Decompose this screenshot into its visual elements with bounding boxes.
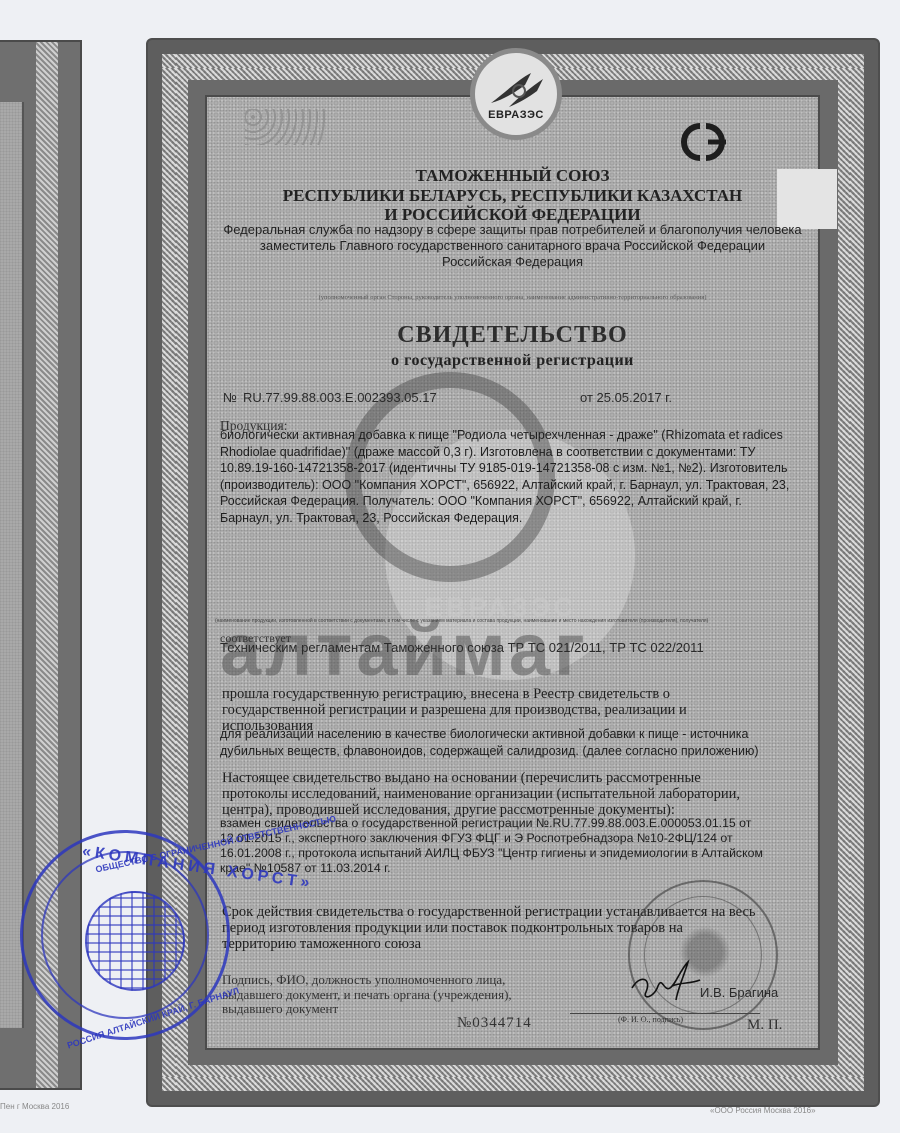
basis-line: протоколы исследований, наименование орг… [222, 786, 810, 802]
header-line-1: ТАМОЖЕННЫЙ СОЮЗ [205, 166, 820, 186]
basis-detail-line: 16.01.2008 г., протокола испытаний АИЛЦ … [220, 846, 810, 861]
seal-label: М. П. [747, 1017, 782, 1034]
signature-label-line: Подпись, ФИО, должность уполномоченного … [222, 973, 512, 988]
product-line: (производитель): ООО "Компания ХОРСТ", 6… [220, 477, 810, 494]
header-line-2: РЕСПУБЛИКИ БЕЛАРУСЬ, РЕСПУБЛИКИ КАЗАХСТА… [205, 186, 820, 206]
compliance-text: Техническим регламентам Таможенного союз… [220, 640, 704, 655]
signature-label: Подпись, ФИО, должность уполномоченного … [222, 973, 512, 1017]
evrazes-swoosh-icon [489, 69, 545, 109]
registration-line: прошла государственную регистрацию, внес… [222, 686, 810, 702]
usage-description: для реализации населению в качестве биол… [220, 726, 810, 759]
signature-label-line: выдавшего документ, и печать органа (учр… [222, 988, 512, 1003]
basis-detail-line: 12.01.2015 г., экспертного заключения ФГ… [220, 831, 810, 846]
authority-seal [628, 880, 778, 1030]
registration-line: государственной регистрации и разрешена … [222, 702, 810, 718]
registration-number: RU.77.99.88.003.Е.002393.05.17 [243, 390, 437, 405]
usage-line: для реализации населению в качестве биол… [220, 726, 810, 743]
signature-line [570, 1013, 760, 1014]
product-line: Барнаул, ул. Трактовая, 23, Российская Ф… [220, 510, 810, 527]
authority-caption: (уполномоченный орган Стороны, руководит… [205, 294, 820, 301]
authority-name: Федеральная служба по надзору в сфере за… [205, 222, 820, 238]
evrazes-logo: ЕВРАЗЭС [470, 48, 562, 140]
product-description: биологически активная добавка к пище "Ро… [220, 427, 810, 526]
document-subtitle: о государственной регистрации [205, 352, 820, 370]
product-caption: (наименование продукции, изготовленной в… [215, 618, 815, 624]
company-stamp: ОБЩЕСТВО С ОГРАНИЧЕННОЙ ОТВЕТСТВЕННОСТЬЮ… [20, 830, 230, 1040]
official-title: заместитель Главного государственного са… [205, 238, 820, 254]
globe-icon [85, 891, 185, 991]
eac-mark-icon [674, 120, 732, 164]
document-title: СВИДЕТЕЛЬСТВО [205, 322, 820, 349]
number-label: № [223, 390, 237, 405]
security-pattern [245, 109, 325, 145]
registration-date: от 25.05.2017 г. [580, 390, 672, 405]
printer-footer: «ООО Россия Москва 2016» [710, 1106, 816, 1115]
product-line: 10.89.19-160-14721358-2017 (идентичны ТУ… [220, 460, 810, 477]
neighbor-inner: а И ез ов, е й на [0, 102, 24, 1028]
signatory-name: И.В. Брагина [700, 985, 778, 1000]
form-number: №0344714 [457, 1015, 532, 1032]
usage-line: дубильных веществ, флавоноидов, содержащ… [220, 743, 810, 760]
country-name: Российская Федерация [205, 254, 820, 270]
basis-statement: Настоящее свидетельство выдано на основа… [222, 770, 810, 818]
signatory-caption: (Ф. И. О., подпись) [618, 1015, 683, 1024]
basis-line: Настоящее свидетельство выдано на основа… [222, 770, 810, 786]
product-line: Rhodiolae quadrifidae)" (драже массой 0,… [220, 444, 810, 461]
evrazes-logo-text: ЕВРАЗЭС [488, 109, 544, 121]
neighbor-footer: Пен г Москва 2016 [0, 1102, 69, 1111]
product-line: биологически активная добавка к пище "Ро… [220, 427, 810, 444]
product-line: Российская Федерация. Получатель: ООО "К… [220, 493, 810, 510]
